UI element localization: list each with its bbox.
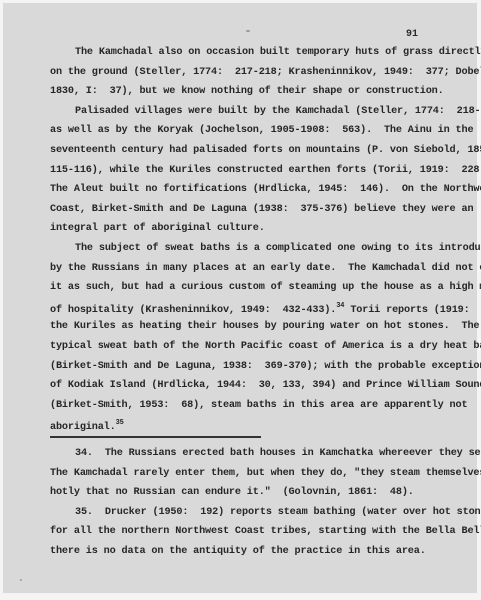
body-line: (Birket-Smith and De Laguna, 1938: 369-3… xyxy=(50,361,481,372)
body-line: typical sweat bath of the North Pacific … xyxy=(50,341,481,352)
footnote-separator xyxy=(50,436,261,438)
body-line: on the ground (Steller, 1774: 217-218; K… xyxy=(50,67,481,78)
body-line: of hospitality (Krasheninnikov, 1949: 43… xyxy=(50,302,481,316)
body-line-text: Coast, Birket-Smith and De Laguna (1938:… xyxy=(50,204,473,215)
scan-speck xyxy=(20,579,22,581)
body-line-text: it as such, but had a curious custom of … xyxy=(50,282,481,293)
footnote-line: 35. Drucker (1950: 192) reports steam ba… xyxy=(75,507,481,518)
footnote-line-text: hotly that no Russian can endure it." (G… xyxy=(50,487,414,498)
body-line: as well as by the Koryak (Jochelson, 190… xyxy=(50,125,473,136)
body-line-text: on the ground (Steller, 1774: 217-218; K… xyxy=(50,67,481,78)
body-line: 1830, I: 37), but we know nothing of the… xyxy=(50,86,444,97)
page-number: 91 xyxy=(406,29,418,40)
body-line-text: (Birket-Smith, 1953: 68), steam baths in… xyxy=(50,400,467,411)
body-line-text: as well as by the Koryak (Jochelson, 190… xyxy=(50,125,473,136)
footnote-line: 34. The Russians erected bath houses in … xyxy=(75,448,481,459)
footnote-line: for all the northern Northwest Coast tri… xyxy=(50,526,481,537)
body-line: The Aleut built no fortifications (Hrdli… xyxy=(50,184,481,195)
footnote-line: The Kamchadal rarely enter them, but whe… xyxy=(50,468,481,479)
body-line-text: by the Russians in many places at an ear… xyxy=(50,263,481,274)
body-line: (Birket-Smith, 1953: 68), steam baths in… xyxy=(50,400,467,411)
body-line-text: (Birket-Smith and De Laguna, 1938: 369-3… xyxy=(50,361,481,372)
body-line: integral part of aboriginal culture. xyxy=(50,223,265,234)
body-line-text: Palisaded villages were built by the Kam… xyxy=(75,106,481,117)
body-line: aboriginal.35 xyxy=(50,419,124,433)
body-line-text: 115-116), while the Kuriles constructed … xyxy=(50,165,481,176)
footnote-line-text: for all the northern Northwest Coast tri… xyxy=(50,526,481,537)
body-line: of Kodiak Island (Hrdlicka, 1944: 30, 13… xyxy=(50,380,481,391)
footnote-line: there is no data on the antiquity of the… xyxy=(50,546,426,557)
footnote-line-text: 35. Drucker (1950: 192) reports steam ba… xyxy=(75,507,481,518)
body-line-text: Torii reports (1919: 239) xyxy=(344,305,481,316)
body-line-text: of Kodiak Island (Hrdlicka, 1944: 30, 13… xyxy=(50,380,481,391)
footnote-line: hotly that no Russian can endure it." (G… xyxy=(50,487,414,498)
body-line-text: The Aleut built no fortifications (Hrdli… xyxy=(50,184,481,195)
body-line-text: the Kuriles as heating their houses by p… xyxy=(50,321,479,332)
body-line-text: 1830, I: 37), but we know nothing of the… xyxy=(50,86,444,97)
body-line: 115-116), while the Kuriles constructed … xyxy=(50,165,481,176)
footnote-reference: 35 xyxy=(116,419,124,427)
body-line-text: seventeenth century had palisaded forts … xyxy=(50,145,481,156)
body-line: by the Russians in many places at an ear… xyxy=(50,263,481,274)
footnote-line-text: The Kamchadal rarely enter them, but whe… xyxy=(50,468,481,479)
body-line-text: integral part of aboriginal culture. xyxy=(50,223,265,234)
body-line-text: typical sweat bath of the North Pacific … xyxy=(50,341,481,352)
body-line: it as such, but had a curious custom of … xyxy=(50,282,481,293)
body-line-text: The Kamchadal also on occasion built tem… xyxy=(75,47,481,58)
scan-speck xyxy=(246,30,250,32)
body-line: the Kuriles as heating their houses by p… xyxy=(50,321,479,332)
body-line: Palisaded villages were built by the Kam… xyxy=(75,106,481,117)
body-line-text: of hospitality (Krasheninnikov, 1949: 43… xyxy=(50,305,336,316)
body-line: seventeenth century had palisaded forts … xyxy=(50,145,481,156)
body-line-text: The subject of sweat baths is a complica… xyxy=(75,243,481,254)
body-line: The Kamchadal also on occasion built tem… xyxy=(75,47,481,58)
scanned-page: 91 The Kamchadal also on occasion built … xyxy=(3,3,477,593)
body-line-text: aboriginal. xyxy=(50,422,116,433)
body-line: Coast, Birket-Smith and De Laguna (1938:… xyxy=(50,204,473,215)
footnote-line-text: there is no data on the antiquity of the… xyxy=(50,546,426,557)
footnote-line-text: 34. The Russians erected bath houses in … xyxy=(75,448,481,459)
body-line: The subject of sweat baths is a complica… xyxy=(75,243,481,254)
